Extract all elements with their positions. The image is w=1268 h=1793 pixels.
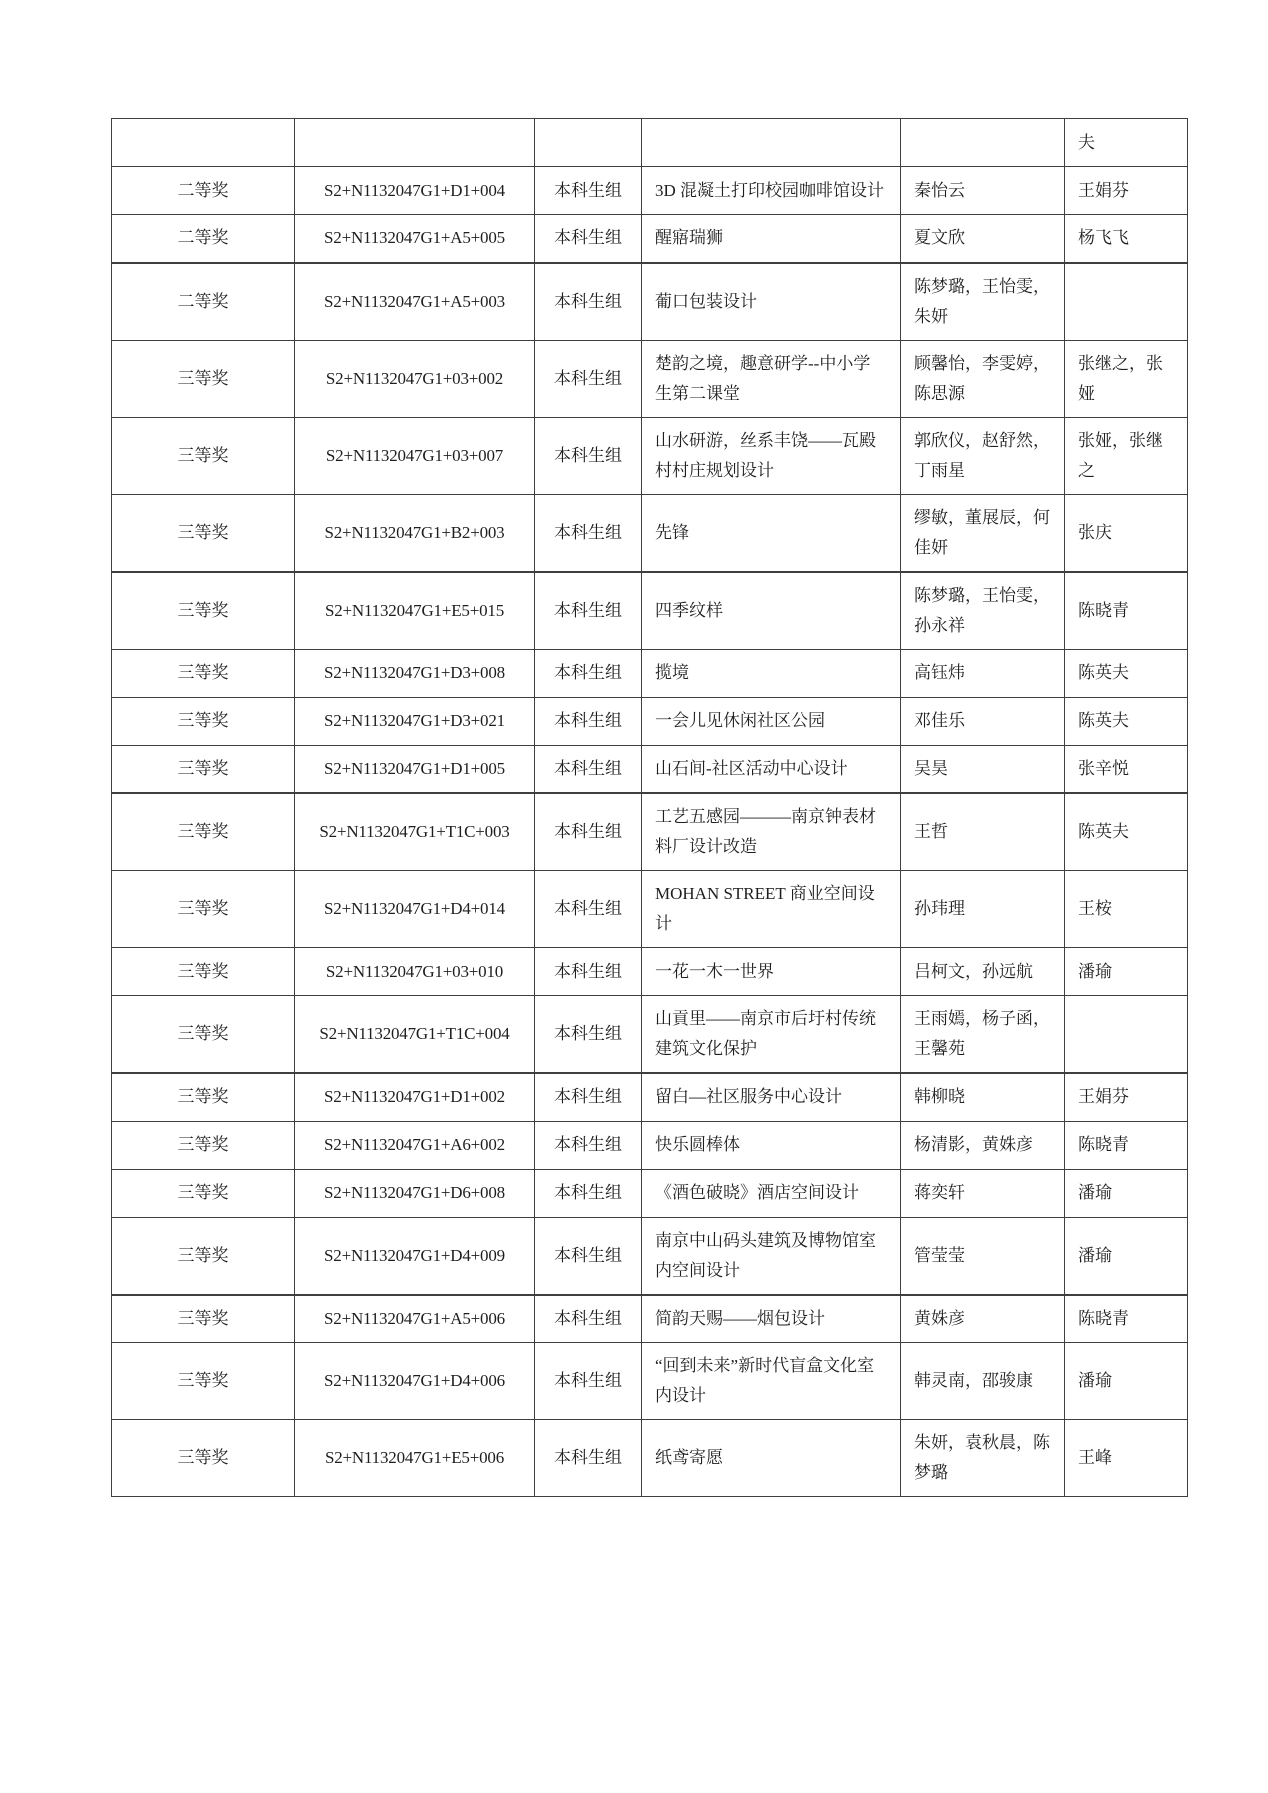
cell-participants: 顾馨怡，李雯婷，陈思源 [901, 340, 1065, 417]
cell-advisor: 潘瑜 [1065, 948, 1188, 996]
table-row: 三等奖S2+N1132047G1+D4+006本科生组“回到未来”新时代盲盒文化… [112, 1343, 1188, 1420]
cell-advisor: 陈晓青 [1065, 1295, 1188, 1343]
cell-participants: 邓佳乐 [901, 697, 1065, 745]
cell-code: S2+N1132047G1+D1+002 [295, 1073, 535, 1121]
cell-award: 三等奖 [112, 1121, 295, 1169]
table-row: 三等奖S2+N1132047G1+E5+015本科生组四季纹样陈梦璐，王怡雯，孙… [112, 572, 1188, 650]
cell-title: 3D 混凝土打印校园咖啡馆设计 [642, 167, 901, 215]
cell-participants: 郭欣仪，赵舒然，丁雨星 [901, 417, 1065, 494]
table-row: 三等奖S2+N1132047G1+03+010本科生组一花一木一世界吕柯文，孙远… [112, 948, 1188, 996]
cell-participants: 吴昊 [901, 745, 1065, 793]
table-row: 三等奖S2+N1132047G1+03+002本科生组楚韵之境，趣意研学--中小… [112, 340, 1188, 417]
table-row: 三等奖S2+N1132047G1+D4+014本科生组MOHAN STREET … [112, 871, 1188, 948]
cell-participants: 蒋奕轩 [901, 1169, 1065, 1217]
cell-participants: 吕柯文，孙远航 [901, 948, 1065, 996]
cell-advisor: 陈英夫 [1065, 649, 1188, 697]
table-row: 三等奖S2+N1132047G1+D3+008本科生组揽境高钰炜陈英夫 [112, 649, 1188, 697]
cell-code: S2+N1132047G1+D4+009 [295, 1217, 535, 1295]
cell-code: S2+N1132047G1+D1+005 [295, 745, 535, 793]
cell-award: 三等奖 [112, 417, 295, 494]
cell-group: 本科生组 [535, 417, 642, 494]
cell-group: 本科生组 [535, 1420, 642, 1497]
cell-code: S2+N1132047G1+T1C+003 [295, 793, 535, 871]
cell-code: S2+N1132047G1+D4+006 [295, 1343, 535, 1420]
cell-participants: 缪敏，董展辰，何佳妍 [901, 494, 1065, 572]
cell-participants: 孙玮理 [901, 871, 1065, 948]
cell-title: 纸鸢寄愿 [642, 1420, 901, 1497]
cell-title: 工艺五感园———南京钟表材料厂设计改造 [642, 793, 901, 871]
cell-group: 本科生组 [535, 697, 642, 745]
cell-advisor: 潘瑜 [1065, 1217, 1188, 1295]
cell-award: 三等奖 [112, 572, 295, 650]
document-page: 夫二等奖S2+N1132047G1+D1+004本科生组3D 混凝土打印校园咖啡… [0, 0, 1268, 1793]
cell-title: 南京中山码头建筑及博物馆室内空间设计 [642, 1217, 901, 1295]
cell-group: 本科生组 [535, 1343, 642, 1420]
cell-title: 山水研游，丝系丰饶——瓦殿村村庄规划设计 [642, 417, 901, 494]
cell-code [295, 119, 535, 167]
cell-group: 本科生组 [535, 871, 642, 948]
cell-award: 三等奖 [112, 1295, 295, 1343]
cell-title: 醒寤瑞狮 [642, 215, 901, 263]
table-row: 三等奖S2+N1132047G1+D1+005本科生组山石间-社区活动中心设计吴… [112, 745, 1188, 793]
cell-award: 二等奖 [112, 167, 295, 215]
cell-participants: 高钰炜 [901, 649, 1065, 697]
table-row: 三等奖S2+N1132047G1+03+007本科生组山水研游，丝系丰饶——瓦殿… [112, 417, 1188, 494]
cell-advisor: 张庆 [1065, 494, 1188, 572]
table-row: 三等奖S2+N1132047G1+T1C+004本科生组山貢里——南京市后圩村传… [112, 996, 1188, 1074]
cell-title [642, 119, 901, 167]
cell-group: 本科生组 [535, 1217, 642, 1295]
cell-award: 三等奖 [112, 1343, 295, 1420]
cell-title: 楚韵之境，趣意研学--中小学生第二课堂 [642, 340, 901, 417]
cell-advisor [1065, 263, 1188, 341]
cell-code: S2+N1132047G1+A5+005 [295, 215, 535, 263]
table-row: 二等奖S2+N1132047G1+A5+003本科生组葡口包装设计陈梦璐，王怡雯… [112, 263, 1188, 341]
cell-award: 三等奖 [112, 697, 295, 745]
cell-group [535, 119, 642, 167]
cell-participants [901, 119, 1065, 167]
cell-award: 三等奖 [112, 1169, 295, 1217]
cell-advisor: 陈晓青 [1065, 572, 1188, 650]
cell-group: 本科生组 [535, 1295, 642, 1343]
cell-code: S2+N1132047G1+03+002 [295, 340, 535, 417]
cell-participants: 陈梦璐，王怡雯，孙永祥 [901, 572, 1065, 650]
cell-award [112, 119, 295, 167]
cell-code: S2+N1132047G1+E5+015 [295, 572, 535, 650]
cell-advisor: 张辛悦 [1065, 745, 1188, 793]
table-row: 三等奖S2+N1132047G1+A5+006本科生组简韵天赐——烟包设计黄姝彦… [112, 1295, 1188, 1343]
cell-title: 一会儿见休闲社区公园 [642, 697, 901, 745]
cell-advisor: 陈晓青 [1065, 1121, 1188, 1169]
table-row: 三等奖S2+N1132047G1+D6+008本科生组《酒色破晓》酒店空间设计蒋… [112, 1169, 1188, 1217]
cell-participants: 王哲 [901, 793, 1065, 871]
table-row: 二等奖S2+N1132047G1+A5+005本科生组醒寤瑞狮夏文欣杨飞飞 [112, 215, 1188, 263]
cell-award: 三等奖 [112, 871, 295, 948]
cell-award: 二等奖 [112, 263, 295, 341]
cell-group: 本科生组 [535, 1121, 642, 1169]
cell-participants: 黄姝彦 [901, 1295, 1065, 1343]
cell-participants: 管莹莹 [901, 1217, 1065, 1295]
cell-award: 三等奖 [112, 1420, 295, 1497]
cell-code: S2+N1132047G1+D3+021 [295, 697, 535, 745]
cell-title: 一花一木一世界 [642, 948, 901, 996]
cell-participants: 王雨嫣，杨子函，王馨苑 [901, 996, 1065, 1074]
cell-code: S2+N1132047G1+D4+014 [295, 871, 535, 948]
cell-award: 三等奖 [112, 1073, 295, 1121]
cell-advisor: 陈英夫 [1065, 793, 1188, 871]
cell-group: 本科生组 [535, 996, 642, 1074]
cell-title: 山石间-社区活动中心设计 [642, 745, 901, 793]
cell-award: 三等奖 [112, 793, 295, 871]
cell-group: 本科生组 [535, 167, 642, 215]
cell-group: 本科生组 [535, 494, 642, 572]
cell-code: S2+N1132047G1+E5+006 [295, 1420, 535, 1497]
cell-participants: 韩柳晓 [901, 1073, 1065, 1121]
table-row: 三等奖S2+N1132047G1+E5+006本科生组纸鸢寄愿朱妍，袁秋晨，陈梦… [112, 1420, 1188, 1497]
cell-award: 三等奖 [112, 996, 295, 1074]
table-row: 三等奖S2+N1132047G1+D4+009本科生组南京中山码头建筑及博物馆室… [112, 1217, 1188, 1295]
cell-code: S2+N1132047G1+T1C+004 [295, 996, 535, 1074]
cell-participants: 陈梦璐，王怡雯，朱妍 [901, 263, 1065, 341]
cell-code: S2+N1132047G1+D3+008 [295, 649, 535, 697]
cell-award: 三等奖 [112, 494, 295, 572]
table-row: 二等奖S2+N1132047G1+D1+004本科生组3D 混凝土打印校园咖啡馆… [112, 167, 1188, 215]
table-row: 三等奖S2+N1132047G1+D3+021本科生组一会儿见休闲社区公园邓佳乐… [112, 697, 1188, 745]
table-row: 三等奖S2+N1132047G1+A6+002本科生组快乐圆棒体杨清影，黄姝彦陈… [112, 1121, 1188, 1169]
award-table-body: 夫二等奖S2+N1132047G1+D1+004本科生组3D 混凝土打印校园咖啡… [112, 119, 1188, 1497]
cell-code: S2+N1132047G1+A6+002 [295, 1121, 535, 1169]
cell-advisor: 王娟芬 [1065, 1073, 1188, 1121]
cell-title: 四季纹样 [642, 572, 901, 650]
cell-award: 三等奖 [112, 745, 295, 793]
cell-group: 本科生组 [535, 1169, 642, 1217]
cell-award: 三等奖 [112, 649, 295, 697]
cell-advisor: 张娅，张继之 [1065, 417, 1188, 494]
cell-advisor: 王峰 [1065, 1420, 1188, 1497]
cell-title: 快乐圆棒体 [642, 1121, 901, 1169]
cell-title: 先锋 [642, 494, 901, 572]
cell-code: S2+N1132047G1+A5+006 [295, 1295, 535, 1343]
cell-advisor: 王娟芬 [1065, 167, 1188, 215]
cell-group: 本科生组 [535, 1073, 642, 1121]
table-row: 夫 [112, 119, 1188, 167]
cell-advisor: 杨飞飞 [1065, 215, 1188, 263]
cell-award: 三等奖 [112, 948, 295, 996]
cell-group: 本科生组 [535, 340, 642, 417]
cell-group: 本科生组 [535, 572, 642, 650]
cell-advisor: 夫 [1065, 119, 1188, 167]
cell-code: S2+N1132047G1+D6+008 [295, 1169, 535, 1217]
cell-code: S2+N1132047G1+A5+003 [295, 263, 535, 341]
cell-group: 本科生组 [535, 649, 642, 697]
cell-code: S2+N1132047G1+D1+004 [295, 167, 535, 215]
cell-award: 三等奖 [112, 1217, 295, 1295]
cell-title: 葡口包装设计 [642, 263, 901, 341]
cell-advisor: 张继之，张娅 [1065, 340, 1188, 417]
cell-advisor: 陈英夫 [1065, 697, 1188, 745]
cell-advisor [1065, 996, 1188, 1074]
cell-participants: 杨清影，黄姝彦 [901, 1121, 1065, 1169]
award-table: 夫二等奖S2+N1132047G1+D1+004本科生组3D 混凝土打印校园咖啡… [111, 118, 1188, 1497]
cell-award: 二等奖 [112, 215, 295, 263]
cell-group: 本科生组 [535, 263, 642, 341]
cell-title: MOHAN STREET 商业空间设计 [642, 871, 901, 948]
cell-title: 《酒色破晓》酒店空间设计 [642, 1169, 901, 1217]
table-row: 三等奖S2+N1132047G1+T1C+003本科生组工艺五感园———南京钟表… [112, 793, 1188, 871]
cell-title: 揽境 [642, 649, 901, 697]
cell-code: S2+N1132047G1+03+007 [295, 417, 535, 494]
table-row: 三等奖S2+N1132047G1+D1+002本科生组留白—社区服务中心设计韩柳… [112, 1073, 1188, 1121]
cell-advisor: 潘瑜 [1065, 1343, 1188, 1420]
cell-participants: 朱妍，袁秋晨，陈梦璐 [901, 1420, 1065, 1497]
cell-participants: 秦怡云 [901, 167, 1065, 215]
cell-code: S2+N1132047G1+B2+003 [295, 494, 535, 572]
cell-group: 本科生组 [535, 215, 642, 263]
cell-participants: 夏文欣 [901, 215, 1065, 263]
cell-group: 本科生组 [535, 793, 642, 871]
cell-participants: 韩灵南，邵骏康 [901, 1343, 1065, 1420]
cell-advisor: 王桉 [1065, 871, 1188, 948]
cell-group: 本科生组 [535, 948, 642, 996]
table-row: 三等奖S2+N1132047G1+B2+003本科生组先锋缪敏，董展辰，何佳妍张… [112, 494, 1188, 572]
cell-group: 本科生组 [535, 745, 642, 793]
cell-advisor: 潘瑜 [1065, 1169, 1188, 1217]
cell-title: “回到未来”新时代盲盒文化室内设计 [642, 1343, 901, 1420]
cell-code: S2+N1132047G1+03+010 [295, 948, 535, 996]
cell-title: 山貢里——南京市后圩村传统建筑文化保护 [642, 996, 901, 1074]
cell-title: 简韵天赐——烟包设计 [642, 1295, 901, 1343]
cell-title: 留白—社区服务中心设计 [642, 1073, 901, 1121]
cell-award: 三等奖 [112, 340, 295, 417]
